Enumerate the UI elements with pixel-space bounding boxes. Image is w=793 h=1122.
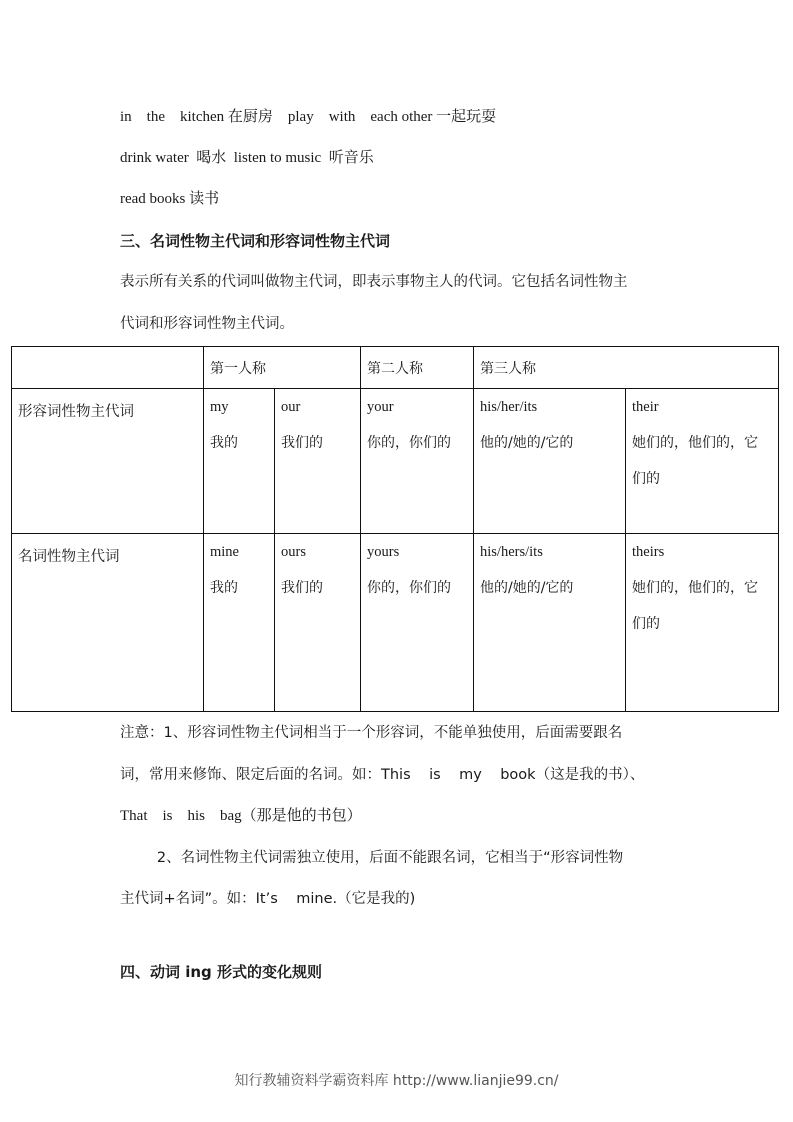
table-cell: mine我的: [204, 534, 275, 712]
cell-en: our: [281, 397, 354, 417]
header-blank: [12, 347, 204, 389]
header-first-person: 第一人称: [204, 347, 361, 389]
cell-zh: 你的，你们的: [367, 433, 467, 453]
table-cell: their她们的，他们的，它们的: [626, 389, 779, 534]
note-line-2: 词，常用来修饰、限定后面的名词。如：This is my book（这是我的书）…: [120, 765, 644, 785]
section-3-intro-line-1: 表示所有关系的代词叫做物主代词，即表示事物主人的代词。它包括名词性物主: [120, 272, 628, 292]
cell-zh-cont: 们的: [632, 614, 772, 634]
row-label-text: 形容词性物主代词: [18, 400, 197, 421]
section-3-intro-line-2: 代词和形容词性物主代词。: [120, 314, 294, 334]
cell-zh: 你的，你们的: [367, 578, 467, 598]
header-third-person: 第三人称: [474, 347, 779, 389]
table-cell: ours我们的: [275, 534, 361, 712]
section-4-heading: 四、动词 ing 形式的变化规则: [120, 962, 322, 982]
cell-en: mine: [210, 542, 268, 562]
cell-en: yours: [367, 542, 467, 562]
table-header-row: 第一人称 第二人称 第三人称: [12, 347, 779, 389]
table-row-adjective-possessive: 形容词性物主代词 my我的 our我们的 your你的，你们的 his/her/…: [12, 389, 779, 534]
note-line-1: 注意：1、形容词性物主代词相当于一个形容词，不能单独使用，后面需要跟名: [120, 723, 622, 743]
cell-zh: 他的/她的/它的: [480, 578, 619, 598]
cell-en: his/hers/its: [480, 542, 619, 562]
cell-zh: 她们的，他们的，它: [632, 578, 772, 598]
cell-zh: 她们的，他们的，它: [632, 433, 772, 453]
table-cell: our我们的: [275, 389, 361, 534]
phrase-line-2: drink water 喝水 listen to music 听音乐: [120, 148, 374, 168]
table-cell: theirs她们的，他们的，它们的: [626, 534, 779, 712]
cell-zh: 他的/她的/它的: [480, 433, 619, 453]
table-cell: my我的: [204, 389, 275, 534]
phrase-line-3: read books 读书: [120, 189, 219, 209]
section-3-heading: 三、名词性物主代词和形容词性物主代词: [120, 231, 390, 251]
cell-en: theirs: [632, 542, 772, 562]
possessive-pronoun-table: 第一人称 第二人称 第三人称 形容词性物主代词 my我的 our我们的 your…: [11, 346, 779, 712]
cell-en: my: [210, 397, 268, 417]
table-cell: yours你的，你们的: [361, 534, 474, 712]
cell-en: your: [367, 397, 467, 417]
cell-en: their: [632, 397, 772, 417]
footer-watermark: 知行教辅资料学霸资料库 http://www.lianjie99.cn/: [0, 1070, 793, 1090]
cell-zh: 我的: [210, 578, 268, 598]
note-line-4: 2、名词性物主代词需独立使用，后面不能跟名词，它相当于“形容词性物: [120, 848, 623, 868]
header-second-person: 第二人称: [361, 347, 474, 389]
table-cell: his/her/its他的/她的/它的: [474, 389, 626, 534]
phrase-line-1: in the kitchen 在厨房 play with each other …: [120, 107, 496, 127]
cell-zh-cont: 们的: [632, 469, 772, 489]
row-label: 名词性物主代词: [12, 534, 204, 712]
table-cell: your你的，你们的: [361, 389, 474, 534]
row-label: 形容词性物主代词: [12, 389, 204, 534]
cell-en: ours: [281, 542, 354, 562]
cell-zh: 我们的: [281, 578, 354, 598]
note-line-3: That is his bag（那是他的书包）: [120, 806, 362, 826]
cell-zh: 我的: [210, 433, 268, 453]
cell-en: his/her/its: [480, 397, 619, 417]
cell-zh: 我们的: [281, 433, 354, 453]
table-row-noun-possessive: 名词性物主代词 mine我的 ours我们的 yours你的，你们的 his/h…: [12, 534, 779, 712]
row-label-text: 名词性物主代词: [18, 545, 197, 566]
note-line-5: 主代词+名词”。如：It’s mine.（它是我的): [120, 889, 415, 909]
table-cell: his/hers/its他的/她的/它的: [474, 534, 626, 712]
